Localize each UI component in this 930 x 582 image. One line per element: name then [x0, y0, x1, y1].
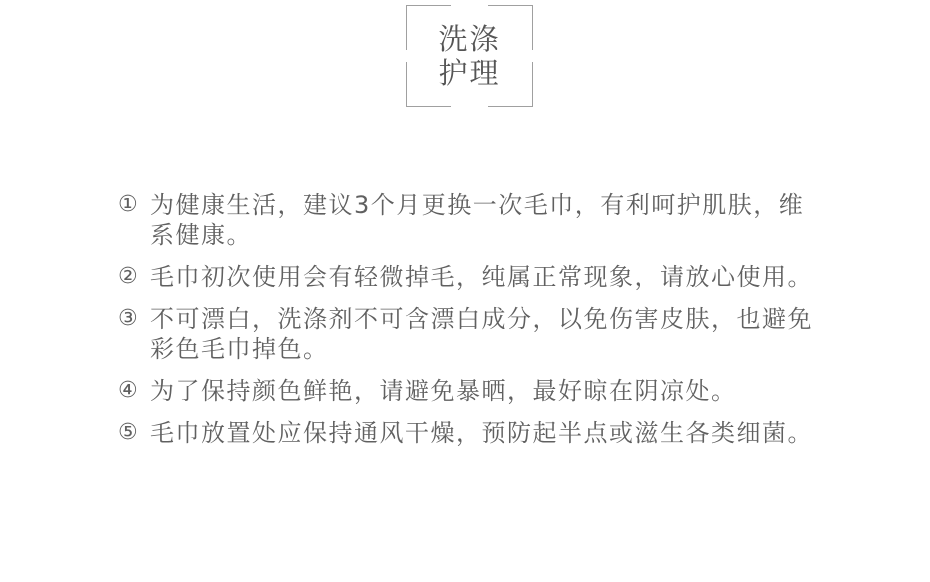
list-item: ④ 为了保持颜色鲜艳，请避免暴晒，最好晾在阴凉处。 — [118, 376, 834, 406]
item-text-line: 为健康生活，建议3个月更换一次毛巾，有利呵护肌肤，维 — [150, 190, 834, 220]
item-text-line: 不可漂白，洗涤剂不可含漂白成分，以免伤害皮肤，也避免 — [150, 304, 834, 334]
item-text: 毛巾初次使用会有轻微掉毛，纯属正常现象，请放心使用。 — [150, 262, 834, 292]
item-number-badge: ③ — [118, 304, 150, 334]
section-title-frame: 洗涤 护理 — [406, 5, 533, 107]
item-number-badge: ⑤ — [118, 418, 150, 448]
list-item: ① 为健康生活，建议3个月更换一次毛巾，有利呵护肌肤，维 系健康。 — [118, 190, 834, 250]
item-text: 为健康生活，建议3个月更换一次毛巾，有利呵护肌肤，维 系健康。 — [150, 190, 834, 250]
item-text: 不可漂白，洗涤剂不可含漂白成分，以免伤害皮肤，也避免 彩色毛巾掉色。 — [150, 304, 834, 364]
item-text-line: 为了保持颜色鲜艳，请避免暴晒，最好晾在阴凉处。 — [150, 376, 834, 406]
item-text: 为了保持颜色鲜艳，请避免暴晒，最好晾在阴凉处。 — [150, 376, 834, 406]
item-number-badge: ② — [118, 262, 150, 292]
item-text-line: 毛巾放置处应保持通风干燥，预防起半点或滋生各类细菌。 — [150, 418, 834, 448]
item-number-badge: ① — [118, 190, 150, 220]
product-care-section: 洗涤 护理 ① 为健康生活，建议3个月更换一次毛巾，有利呵护肌肤，维 系健康。 … — [0, 0, 930, 582]
item-number-badge: ④ — [118, 376, 150, 406]
section-title-line-1: 洗涤 — [406, 22, 533, 56]
item-text-line: 系健康。 — [150, 220, 834, 250]
list-item: ⑤ 毛巾放置处应保持通风干燥，预防起半点或滋生各类细菌。 — [118, 418, 834, 448]
section-title-line-2: 护理 — [406, 56, 533, 90]
item-text-line: 彩色毛巾掉色。 — [150, 334, 834, 364]
item-text: 毛巾放置处应保持通风干燥，预防起半点或滋生各类细菌。 — [150, 418, 834, 448]
care-instruction-list: ① 为健康生活，建议3个月更换一次毛巾，有利呵护肌肤，维 系健康。 ② 毛巾初次… — [118, 190, 834, 460]
list-item: ③ 不可漂白，洗涤剂不可含漂白成分，以免伤害皮肤，也避免 彩色毛巾掉色。 — [118, 304, 834, 364]
list-item: ② 毛巾初次使用会有轻微掉毛，纯属正常现象，请放心使用。 — [118, 262, 834, 292]
section-title: 洗涤 护理 — [406, 22, 533, 90]
item-text-line: 毛巾初次使用会有轻微掉毛，纯属正常现象，请放心使用。 — [150, 262, 834, 292]
